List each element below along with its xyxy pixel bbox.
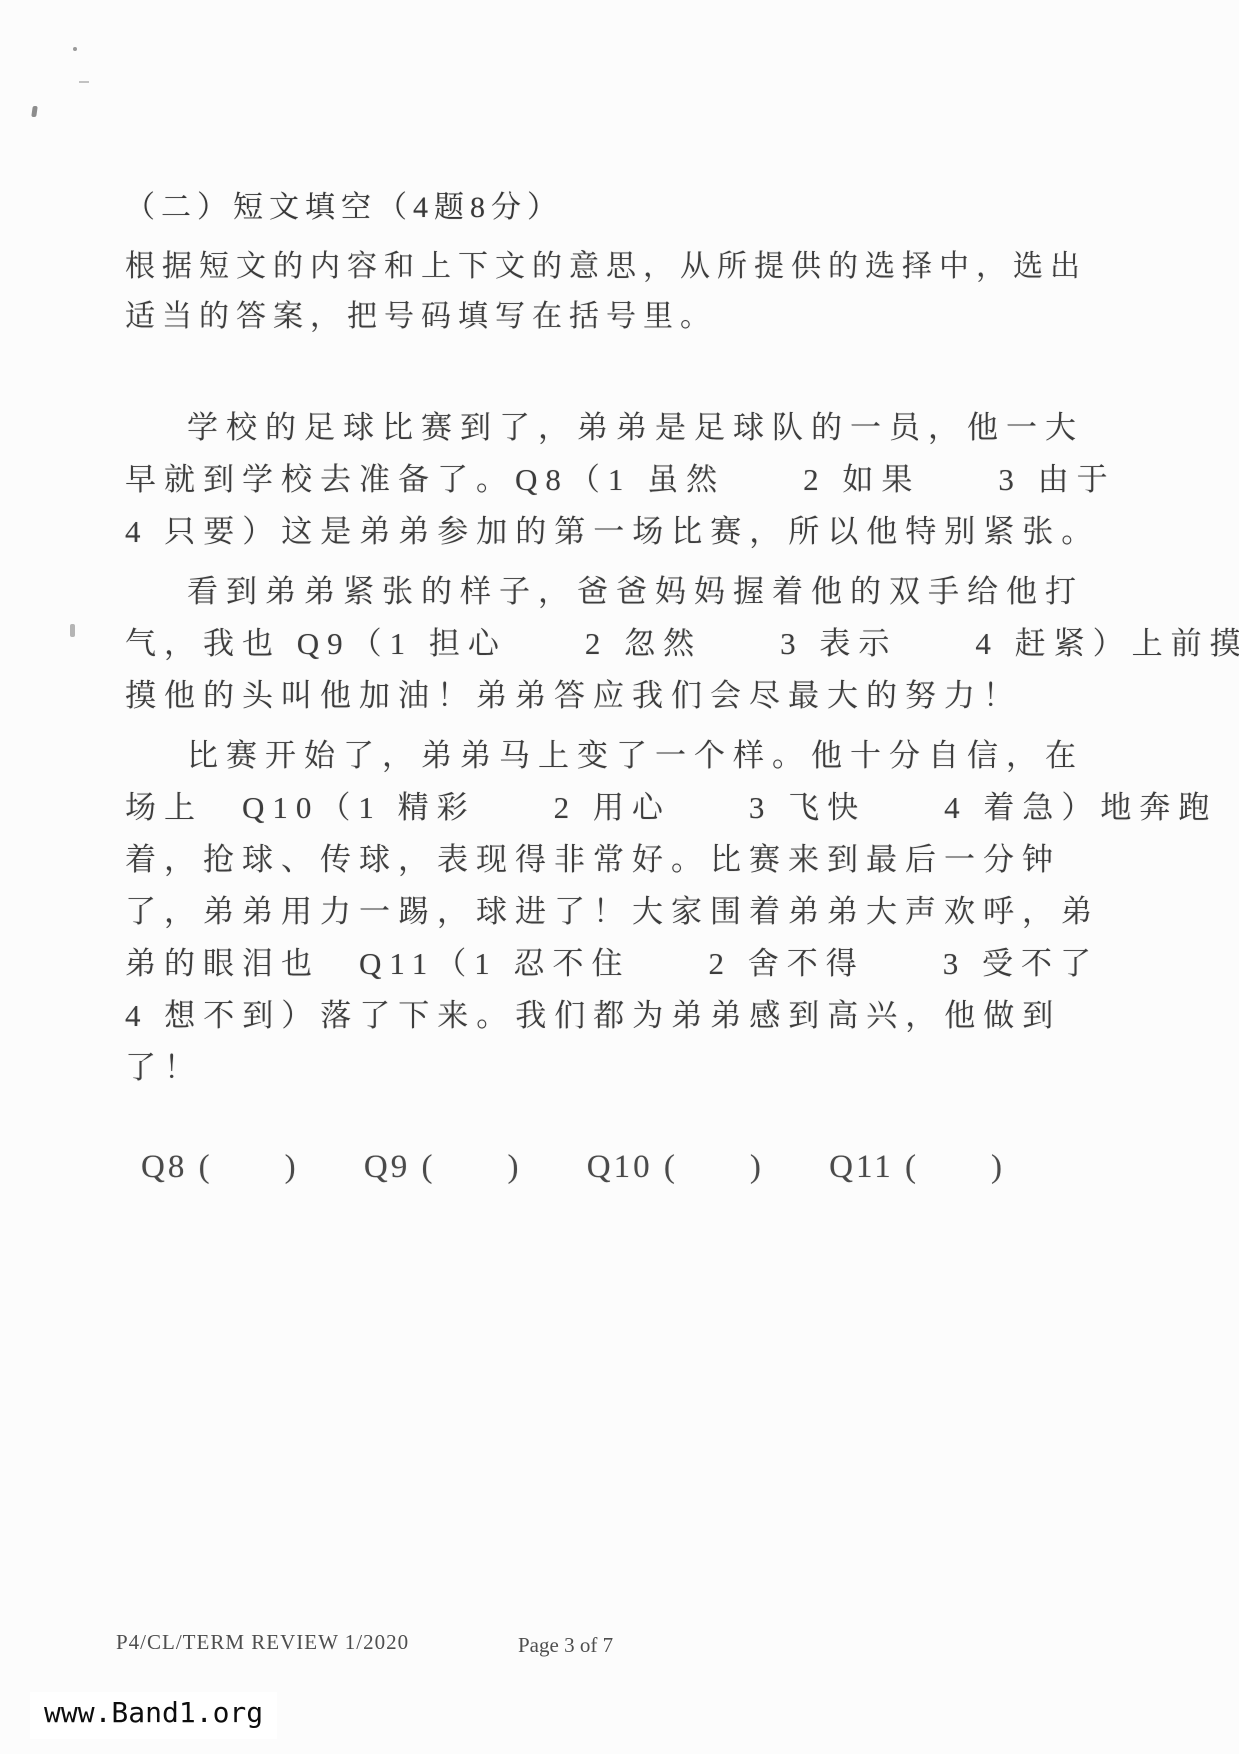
scan-artifact [79, 81, 89, 83]
footer-page-number: Page 3 of 7 [518, 1633, 613, 1658]
passage-line: 学校的足球比赛到了，弟弟是足球队的一员，他一大 [125, 402, 1085, 454]
instruction-line: 适当的答案，把号码填写在括号里。 [125, 292, 1085, 342]
passage-line-q11-options: 弟的眼泪也 Q11（1 忍不住 2 舍不得 3 受不了 [125, 938, 1085, 990]
answer-blank-q9: Q9 ( ) [364, 1140, 522, 1187]
answer-blank-q11: Q11 ( ) [829, 1140, 1005, 1187]
passage-line-q10-options: 场上 Q10（1 精彩 2 用心 3 飞快 4 着急）地奔跑 [125, 782, 1085, 834]
scan-artifact [70, 624, 75, 637]
section-instructions: 根据短文的内容和上下文的意思，从所提供的选择中，选出 适当的答案，把号码填写在括… [125, 242, 1085, 342]
passage-line: 了！ [125, 1042, 1085, 1094]
instruction-line: 根据短文的内容和上下文的意思，从所提供的选择中，选出 [125, 242, 1085, 292]
passage-paragraph-3: 比赛开始了，弟弟马上变了一个样。他十分自信，在 场上 Q10（1 精彩 2 用心… [125, 730, 1085, 1094]
passage-paragraph-2: 看到弟弟紧张的样子，爸爸妈妈握着他的双手给他打 气，我也 Q9（1 担心 2 忽… [125, 566, 1085, 722]
answer-blank-q10: Q10 ( ) [587, 1140, 764, 1187]
scan-artifact [73, 47, 77, 51]
section-title: （二）短文填空（4题8分） [125, 186, 1085, 230]
scanned-exam-page: （二）短文填空（4题8分） 根据短文的内容和上下文的意思，从所提供的选择中，选出… [0, 0, 1239, 1754]
exam-content: （二）短文填空（4题8分） 根据短文的内容和上下文的意思，从所提供的选择中，选出… [125, 186, 1085, 1187]
footer-document-code: P4/CL/TERM REVIEW 1/2020 [116, 1630, 409, 1655]
passage-line: 看到弟弟紧张的样子，爸爸妈妈握着他的双手给他打 [125, 566, 1085, 618]
passage-line: 4 想不到）落了下来。我们都为弟弟感到高兴，他做到 [125, 990, 1085, 1042]
scan-artifact [31, 106, 38, 117]
passage-line: 4 只要）这是弟弟参加的第一场比赛，所以他特别紧张。 [125, 506, 1085, 558]
passage-line: 着，抢球、传球，表现得非常好。比赛来到最后一分钟 [125, 834, 1085, 886]
passage-line: 摸他的头叫他加油！弟弟答应我们会尽最大的努力！ [125, 670, 1085, 722]
passage-paragraph-1: 学校的足球比赛到了，弟弟是足球队的一员，他一大 早就到学校去准备了。Q8（1 虽… [125, 402, 1085, 558]
watermark-site-url: www.Band1.org [30, 1692, 277, 1739]
passage-line: 比赛开始了，弟弟马上变了一个样。他十分自信，在 [125, 730, 1085, 782]
passage-line: 了，弟弟用力一踢，球进了！大家围着弟弟大声欢呼，弟 [125, 886, 1085, 938]
passage-line-q9-options: 气，我也 Q9（1 担心 2 忽然 3 表示 4 赶紧）上前摸 [125, 618, 1085, 670]
answer-blank-q8: Q8 ( ) [141, 1140, 299, 1187]
passage-line-q8-options: 早就到学校去准备了。Q8（1 虽然 2 如果 3 由于 [125, 454, 1085, 506]
answer-blanks-row: Q8 ( ) Q9 ( ) Q10 ( ) Q11 ( ) [125, 1140, 1005, 1187]
